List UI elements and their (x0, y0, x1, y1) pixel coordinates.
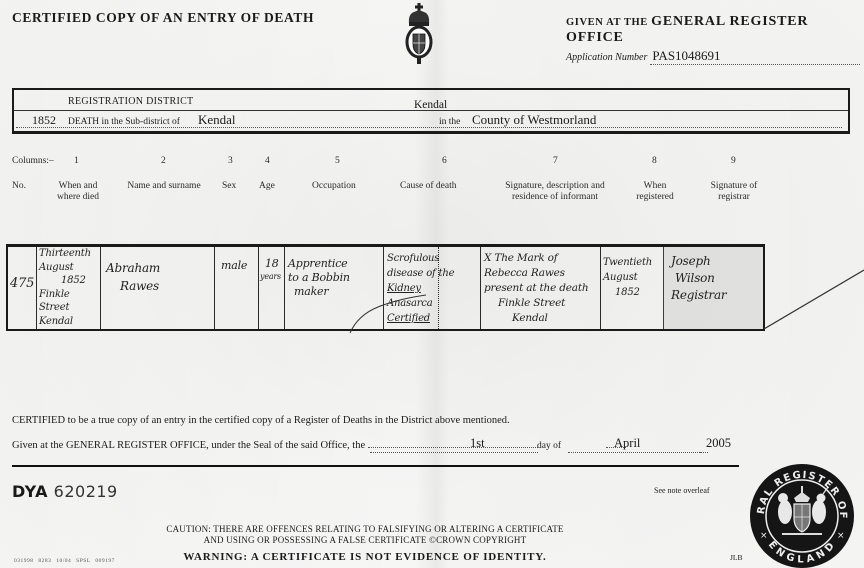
serial-prefix: DYA (12, 482, 48, 501)
death-street-2: Street (39, 301, 91, 315)
column-num-1: 1 (74, 156, 79, 166)
registration-district-label: REGISTRATION DISTRICT (68, 96, 193, 107)
registration-box: REGISTRATION DISTRICT Kendal 1852 DEATH … (12, 88, 850, 134)
column-num-8: 8 (652, 156, 657, 166)
registrar-forename: Joseph (671, 253, 726, 270)
cell-divider (258, 247, 259, 329)
year-field (700, 452, 708, 453)
age-unit: years (260, 270, 281, 283)
column-num-9: 9 (731, 156, 736, 166)
in-the-label: in the (439, 117, 460, 127)
informant-name: Rebecca Rawes (484, 266, 588, 281)
columns-label: Columns:– (12, 156, 54, 166)
general-register-office-seal: GENERAL REGISTER OFFICE ENGLAND × × (746, 460, 858, 568)
cell-divider (100, 247, 101, 329)
cause-line-1: Scrofulous (387, 251, 454, 266)
day-field (370, 452, 538, 453)
column-title-2: Name and surname (124, 181, 204, 192)
month-field (568, 452, 704, 453)
registered-month: August (603, 270, 652, 285)
death-month: August (39, 261, 91, 275)
given-at-office: GIVEN AT THE GENERAL REGISTER OFFICE (566, 14, 864, 46)
column-title-7: Signature, description and residence of … (500, 181, 610, 203)
registered-day: Twentieth (603, 255, 652, 270)
given-text: Given at the GENERAL REGISTER OFFICE, un… (12, 440, 365, 451)
deceased-occupation: Apprentice to a Bobbin maker (288, 257, 350, 299)
death-entry-row: 475 Thirteenth August 1852 Finkle Street… (6, 244, 765, 331)
death-street-1: Finkle (39, 288, 91, 302)
death-subdistrict-label: DEATH in the Sub-district of (68, 117, 180, 127)
certification-month: April (614, 436, 640, 451)
subdistrict-value: Kendal (198, 112, 236, 128)
divider-rule (12, 465, 739, 467)
certificate-serial: DYA 620219 (12, 482, 118, 501)
cancel-stroke (348, 287, 428, 334)
cause-line-2: disease of the (387, 266, 454, 281)
cell-divider (284, 247, 285, 329)
county-value: County of Westmorland (472, 112, 596, 128)
deceased-forename: Abraham (106, 259, 160, 277)
dotted-line (16, 127, 842, 128)
when-where-died: Thirteenth August 1852 Finkle Street Ken… (39, 247, 91, 328)
cell-divider (36, 247, 37, 329)
given-prefix: GIVEN AT THE (566, 17, 648, 28)
death-day: Thirteenth (39, 247, 91, 261)
column-title-3: Sex (222, 181, 236, 192)
informant-description: present at the death (484, 281, 588, 296)
application-field: PAS1048691 (650, 48, 860, 65)
registrar-surname: Wilson (671, 270, 726, 287)
informant: X The Mark of Rebecca Rawes present at t… (484, 251, 588, 326)
column-num-6: 6 (442, 156, 447, 166)
application-number: PAS1048691 (652, 48, 720, 63)
occupation-line-1: Apprentice (288, 257, 350, 271)
clerk-initials: JLB (730, 553, 743, 562)
certification-day: 1st (470, 436, 485, 451)
registration-year: 1852 (32, 113, 56, 128)
deceased-name: Abraham Rawes (106, 259, 160, 295)
day-of-label: day of (537, 441, 561, 451)
column-title-8: When registered (630, 181, 680, 203)
certification-year: 2005 (706, 436, 731, 451)
cell-divider (480, 247, 481, 329)
application-label: Application Number (566, 52, 647, 63)
column-title-5: Occupation (312, 181, 356, 192)
day-dots (368, 447, 538, 448)
death-town: Kendal (39, 315, 91, 329)
column-title-4: Age (259, 181, 275, 192)
column-num-7: 7 (553, 156, 558, 166)
column-title-9: Signature of registrar (704, 181, 764, 203)
caution-line-2: AND USING OR POSSESSING A FALSE CERTIFIC… (150, 535, 580, 546)
occupation-line-2: to a Bobbin (288, 271, 350, 285)
death-year: 1852 (39, 274, 91, 288)
deceased-age: 18 years (260, 257, 281, 283)
when-registered: Twentieth August 1852 (603, 255, 652, 300)
column-num-5: 5 (335, 156, 340, 166)
column-num-4: 4 (265, 156, 270, 166)
caution-line-1: CAUTION: THERE ARE OFFENCES RELATING TO … (150, 524, 580, 535)
cell-divider (214, 247, 215, 329)
given-under-seal-text: Given at the GENERAL REGISTER OFFICE, un… (12, 440, 626, 451)
serial-number: 620219 (54, 482, 118, 501)
cell-divider (600, 247, 601, 329)
age-value: 18 (260, 257, 281, 270)
see-note-overleaf: See note overleaf (654, 486, 710, 495)
informant-town: Kendal (484, 311, 588, 326)
informant-street: Finkle Street (484, 296, 588, 311)
certification-statement: CERTIFIED to be a true copy of an entry … (12, 415, 510, 426)
svg-text:×: × (837, 531, 845, 541)
column-num-2: 2 (161, 156, 166, 166)
column-title-6: Cause of death (400, 181, 456, 192)
deceased-surname: Rawes (106, 277, 160, 295)
certificate-title: CERTIFIED COPY OF AN ENTRY OF DEATH (12, 10, 314, 26)
deceased-sex: male (221, 259, 247, 272)
entry-number: 475 (10, 277, 34, 290)
closing-diagonal-line (764, 268, 864, 330)
identity-warning: WARNING: A CERTIFICATE IS NOT EVIDENCE O… (150, 551, 580, 563)
print-code: 031998 8283 10/04 SPSL 009197 (14, 558, 115, 564)
column-title-1: When and where died (54, 181, 102, 203)
registrar-title: Registrar (671, 287, 726, 304)
svg-text:×: × (760, 531, 768, 541)
registrar-signature: Joseph Wilson Registrar (671, 253, 726, 304)
column-title-no: No. (12, 181, 26, 192)
registered-year: 1852 (603, 285, 652, 300)
informant-mark: X The Mark of (484, 251, 588, 266)
application-number-line: Application Number PAS1048691 (566, 48, 860, 65)
column-num-3: 3 (228, 156, 233, 166)
occupation-line-3: maker (288, 285, 350, 299)
caution-notice: CAUTION: THERE ARE OFFENCES RELATING TO … (150, 524, 580, 546)
registration-district-value: Kendal (414, 99, 447, 111)
royal-crest-icon (404, 2, 434, 66)
